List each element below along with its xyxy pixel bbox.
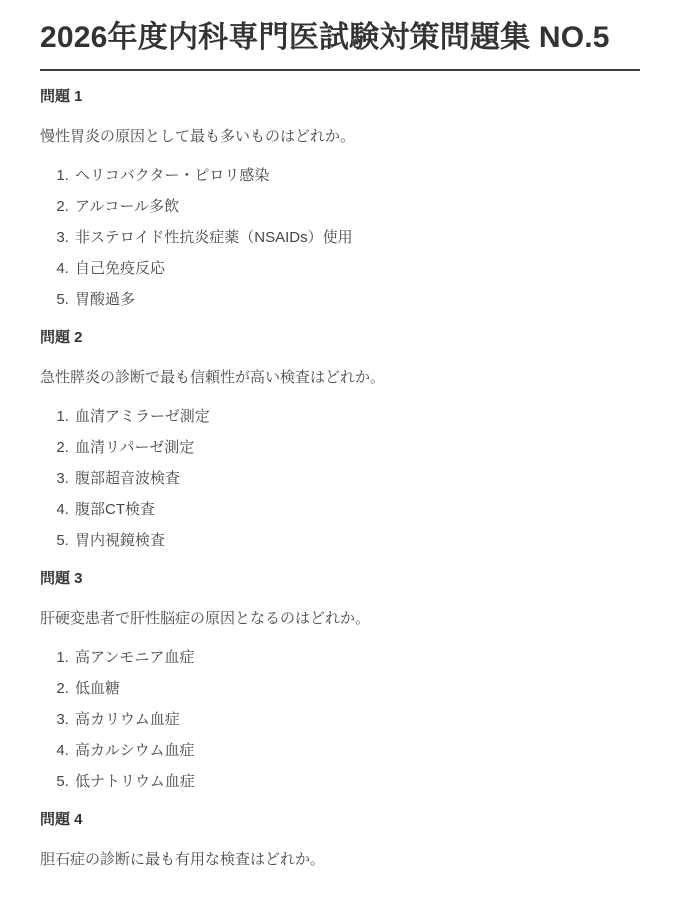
option-item: 低血糖 xyxy=(73,677,640,701)
document-page: 2026年度内科専門医試験対策問題集 NO.5 問題 1 慢性胃炎の原因として最… xyxy=(0,0,700,872)
question-text: 慢性胃炎の原因として最も多いものはどれか。 xyxy=(40,125,640,149)
question-block-3: 問題 3 肝硬変患者で肝性脳症の原因となるのはどれか。 高アンモニア血症 低血糖… xyxy=(40,567,640,794)
options-list: ヘリコバクター・ピロリ感染 アルコール多飲 非ステロイド性抗炎症薬（NSAIDs… xyxy=(40,164,640,312)
option-item: 高カルシウム血症 xyxy=(73,739,640,763)
question-text: 肝硬変患者で肝性脳症の原因となるのはどれか。 xyxy=(40,607,640,631)
option-item: 血清リパーゼ測定 xyxy=(73,436,640,460)
question-label: 問題 3 xyxy=(40,567,640,591)
option-item: 高アンモニア血症 xyxy=(73,646,640,670)
question-text: 胆石症の診断に最も有用な検査はどれか。 xyxy=(40,848,640,872)
option-item: 自己免疫反応 xyxy=(73,257,640,281)
option-item: アルコール多飲 xyxy=(73,195,640,219)
option-item: 胃酸過多 xyxy=(73,288,640,312)
question-block-1: 問題 1 慢性胃炎の原因として最も多いものはどれか。 ヘリコバクター・ピロリ感染… xyxy=(40,85,640,312)
option-item: 血清アミラーゼ測定 xyxy=(73,405,640,429)
option-item: 低ナトリウム血症 xyxy=(73,770,640,794)
options-list: 高アンモニア血症 低血糖 高カリウム血症 高カルシウム血症 低ナトリウム血症 xyxy=(40,646,640,794)
option-item: 胃内視鏡検査 xyxy=(73,529,640,553)
question-block-4: 問題 4 胆石症の診断に最も有用な検査はどれか。 xyxy=(40,808,640,872)
question-label: 問題 2 xyxy=(40,326,640,350)
option-item: 腹部超音波検査 xyxy=(73,467,640,491)
options-list: 血清アミラーゼ測定 血清リパーゼ測定 腹部超音波検査 腹部CT検査 胃内視鏡検査 xyxy=(40,405,640,553)
question-text: 急性膵炎の診断で最も信頼性が高い検査はどれか。 xyxy=(40,366,640,390)
option-item: ヘリコバクター・ピロリ感染 xyxy=(73,164,640,188)
question-block-2: 問題 2 急性膵炎の診断で最も信頼性が高い検査はどれか。 血清アミラーゼ測定 血… xyxy=(40,326,640,553)
option-item: 非ステロイド性抗炎症薬（NSAIDs）使用 xyxy=(73,226,640,250)
question-label: 問題 1 xyxy=(40,85,640,109)
question-label: 問題 4 xyxy=(40,808,640,832)
option-item: 腹部CT検査 xyxy=(73,498,640,522)
page-title: 2026年度内科専門医試験対策問題集 NO.5 xyxy=(40,20,640,71)
option-item: 高カリウム血症 xyxy=(73,708,640,732)
